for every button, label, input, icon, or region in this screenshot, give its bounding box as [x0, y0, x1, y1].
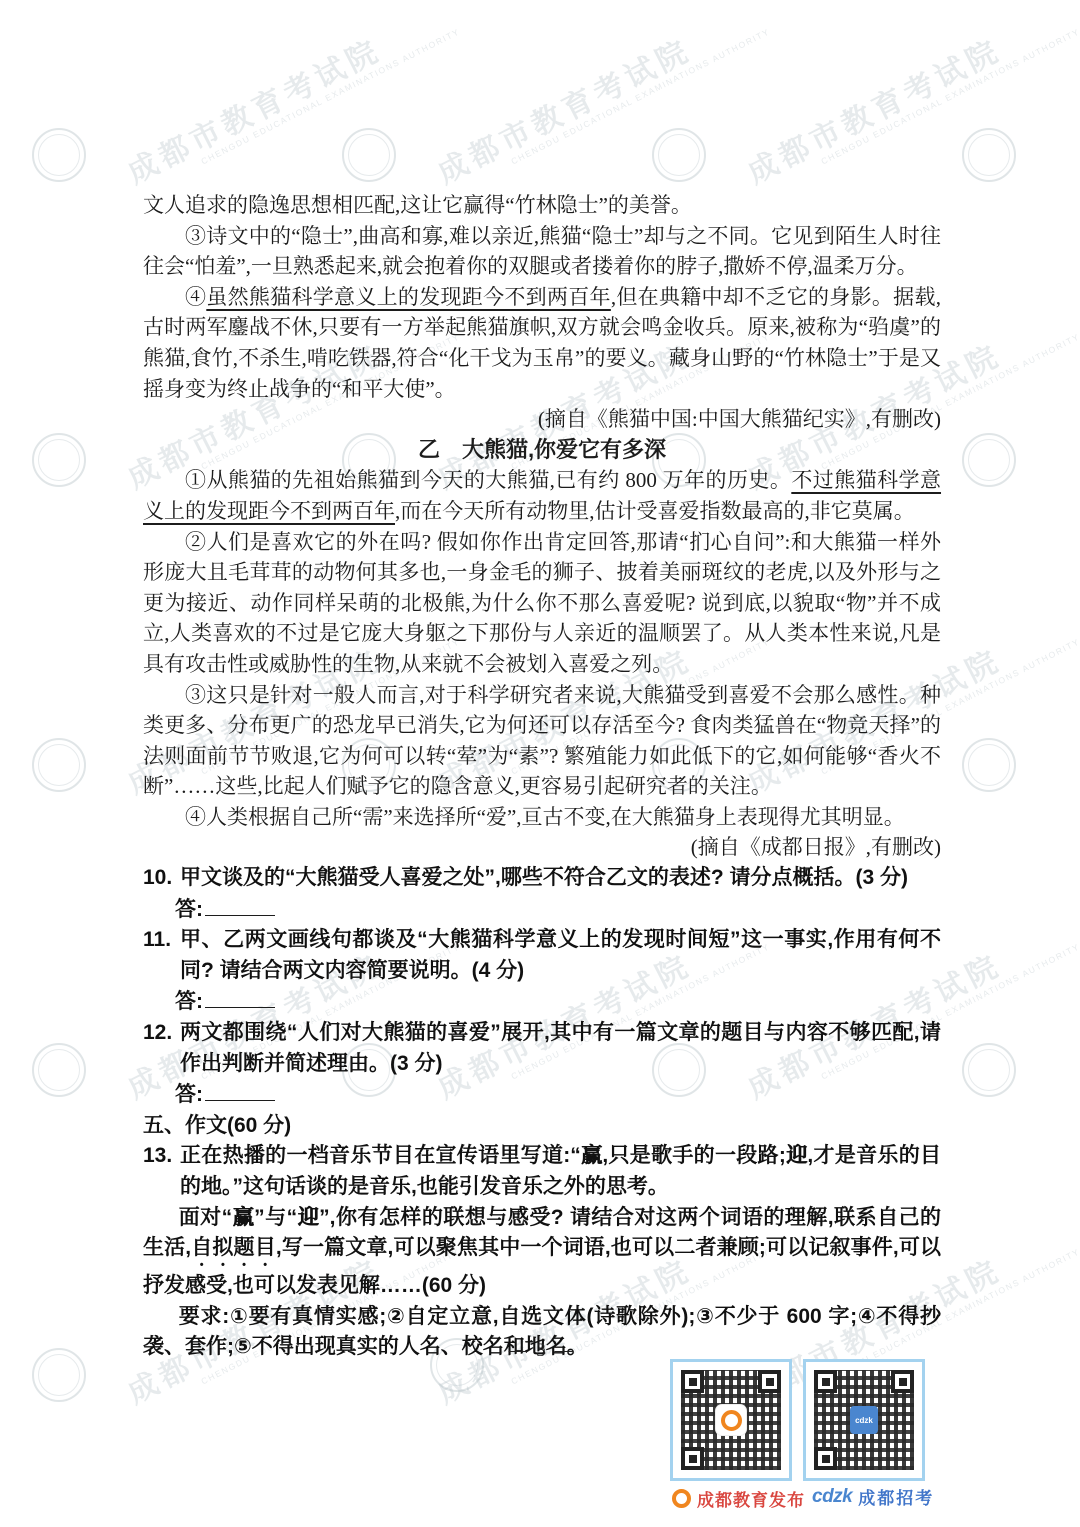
question-10: 10. 甲文谈及的“大熊猫受人喜爱之处”,哪些不符合乙文的表述? 请分点概括。(… [143, 863, 941, 894]
question-10-number: 10. [143, 863, 172, 894]
watermark-seal-icon [32, 1043, 86, 1097]
question-13-paragraph-2: 面对“赢”与“迎”,你有怎样的联想与感受? 请结合对这两个词语的理解,联系自己的… [143, 1203, 941, 1302]
answer-label: 答: [175, 990, 203, 1013]
watermark-seal-icon [342, 128, 396, 182]
answer-blank [205, 986, 275, 1008]
watermark-text: 成都市教育考试院CHENGDU EDUCATIONAL EXAMINATIONS… [118, 0, 461, 198]
watermark-seal-icon [962, 433, 1016, 487]
q13-ying-bold: 迎 [786, 1144, 808, 1167]
q13-p1-a: 正在热播的一档音乐节目在宣传语里写道:“ [180, 1144, 581, 1167]
qr-code-chengdu-zhaokao: cdzk [803, 1359, 925, 1481]
qr-label-chengdu-education: 成都教育发布 [672, 1486, 805, 1511]
watermark-en: CHENGDU EDUCATIONAL EXAMINATIONS AUTHORI… [819, 26, 1080, 166]
q13-emphasized-phrase: 自拟题目 [191, 1236, 276, 1259]
answer-blank [205, 1079, 275, 1101]
yi-p1-head: ①从熊猫的先祖始熊猫到今天的大熊猫,已有约 800 万年的历史。 [185, 468, 791, 492]
question-13: 13. 正在热播的一档音乐节目在宣传语里写道:“赢,只是歌手的一段路;迎,才是音… [143, 1141, 941, 1202]
orange-ring-icon [721, 1410, 742, 1431]
watermark-seal-icon [962, 1043, 1016, 1097]
watermark-cn: 成都市教育考试院 [738, 0, 1078, 192]
exam-page: 成都市教育考试院CHENGDU EDUCATIONAL EXAMINATIONS… [0, 0, 1080, 1527]
qr-finder-icon [814, 1447, 837, 1470]
question-10-answer-line: 答: [143, 894, 941, 926]
qr-finder-icon [891, 1370, 914, 1393]
question-13-number: 13. [143, 1141, 172, 1172]
watermark-en: CHENGDU EDUCATIONAL EXAMINATIONS AUTHORI… [509, 26, 771, 166]
yi-paragraph-2: ②人们是喜欢它的外在吗? 假如你作出肯定回答,那请“扪心自问”:和大熊猫一样外形… [143, 527, 941, 680]
question-12-number: 12. [143, 1018, 172, 1049]
jia-paragraph-3: ③诗文中的“隐士”,曲高和寡,难以亲近,熊猫“隐士”却与之不同。它见到陌生人时往… [143, 221, 941, 282]
qr-finder-icon [758, 1370, 781, 1393]
answer-label: 答: [175, 1083, 203, 1106]
watermark-seal-icon [32, 738, 86, 792]
qr-code-chengdu-education [670, 1359, 792, 1481]
qr-pattern: cdzk [814, 1370, 914, 1470]
watermark-seal-icon [32, 128, 86, 182]
question-12: 12. 两文都围绕“人们对大熊猫的喜爱”展开,其中有一篇文章的题目与内容不够匹配… [143, 1018, 941, 1079]
question-11-answer-line: 答: [143, 986, 941, 1018]
orange-ring-icon [672, 1489, 691, 1508]
qr-label-text: 成都招考 [858, 1484, 934, 1509]
qr-finder-icon [681, 1447, 704, 1470]
qr-pattern [681, 1370, 781, 1470]
qr-center-logo-orange-ring-icon [716, 1405, 746, 1435]
q13-p2-b: ”与“ [254, 1206, 297, 1229]
watermark-seal-icon [32, 433, 86, 487]
answer-label: 答: [175, 898, 203, 921]
question-13-paragraph-1: 正在热播的一档音乐节目在宣传语里写道:“赢,只是歌手的一段路;迎,才是音乐的目的… [180, 1141, 941, 1202]
watermark-en: CHENGDU EDUCATIONAL EXAMINATIONS AUTHORI… [199, 26, 461, 166]
q13-p2-a: 面对“ [179, 1206, 232, 1229]
q13-win-bold: 赢 [581, 1144, 603, 1167]
watermark-cn: 成都市教育考试院 [428, 0, 768, 192]
document-body: 文人追求的隐逸思想相匹配,这让它赢得“竹林隐士”的美誉。 ③诗文中的“隐士”,曲… [143, 190, 941, 1363]
q13-win-bold: 赢 [232, 1206, 254, 1229]
jia-paragraph-4: ④虽然熊猫科学意义上的发现距今不到两百年,但在典籍中却不乏它的身影。据载,古时两… [143, 282, 941, 404]
yi-p1-rest: ,而在今天所有动物里,估计受喜爱指数最高的,非它莫属。 [395, 499, 915, 523]
qr-finder-icon [814, 1370, 837, 1393]
yi-paragraph-4: ④人类根据自己所“需”来选择所“爱”,亘古不变,在大熊猫身上表现得尤其明显。 [143, 802, 941, 833]
question-10-text: 甲文谈及的“大熊猫受人喜爱之处”,哪些不符合乙文的表述? 请分点概括。(3 分) [180, 863, 941, 894]
watermark-seal-icon [962, 128, 1016, 182]
question-12-answer-line: 答: [143, 1079, 941, 1111]
qr-label-chengdu-zhaokao: cdzk 成都招考 [812, 1484, 934, 1509]
watermark-seal-icon [652, 128, 706, 182]
yi-source-attribution: (摘自《成都日报》,有删改) [143, 832, 941, 863]
question-11: 11. 甲、乙两文画线句都谈及“大熊猫科学意义上的发现时间短”这一事实,作用有何… [143, 925, 941, 986]
qr-center-logo-cdzk-icon: cdzk [850, 1406, 878, 1434]
watermark-seal-icon [962, 738, 1016, 792]
jia-source-attribution: (摘自《熊猫中国:中国大熊猫纪实》,有删改) [143, 404, 941, 435]
qr-label-text: 成都教育发布 [697, 1486, 805, 1511]
yi-paragraph-1: ①从熊猫的先祖始熊猫到今天的大熊猫,已有约 800 万年的历史。不过熊猫科学意义… [143, 465, 941, 526]
watermark-text: 成都市教育考试院CHENGDU EDUCATIONAL EXAMINATIONS… [738, 0, 1080, 198]
watermark-cn: 成都市教育考试院 [118, 0, 458, 192]
question-11-text: 甲、乙两文画线句都谈及“大熊猫科学意义上的发现时间短”这一事实,作用有何不同? … [180, 925, 941, 986]
yi-paragraph-3: ③这只是针对一般人而言,对于科学研究者来说,大熊猫受到喜爱不会那么感性。种类更多… [143, 680, 941, 802]
qr-finder-icon [681, 1370, 704, 1393]
question-11-number: 11. [143, 925, 171, 956]
section-5-heading: 五、作文(60 分) [143, 1111, 941, 1142]
jia-underlined-sentence: 虽然熊猫科学意义上的发现距今不到两百年 [206, 285, 611, 309]
watermark-text: 成都市教育考试院CHENGDU EDUCATIONAL EXAMINATIONS… [428, 0, 771, 198]
question-12-text: 两文都围绕“人们对大熊猫的喜爱”展开,其中有一篇文章的题目与内容不够匹配,请作出… [180, 1018, 941, 1079]
q13-ying-bold: 迎 [297, 1206, 319, 1229]
jia-p4-number: ④ [185, 285, 206, 309]
jia-paragraph-continuation: 文人追求的隐逸思想相匹配,这让它赢得“竹林隐士”的美誉。 [143, 190, 941, 221]
q13-p1-b: ,只是歌手的一段路; [602, 1144, 785, 1167]
answer-blank [205, 894, 275, 916]
cdzk-logo-text: cdzk [812, 1486, 852, 1508]
watermark-seal-icon [32, 1348, 86, 1402]
yi-passage-title: 乙 大熊猫,你爱它有多深 [143, 435, 941, 466]
